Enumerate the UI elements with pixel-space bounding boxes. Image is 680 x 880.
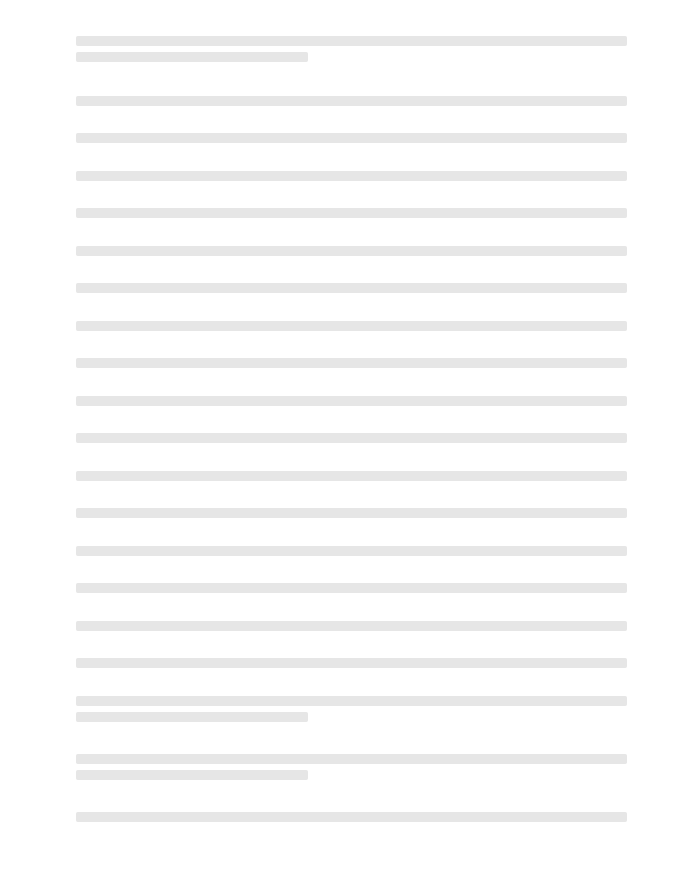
- withheld-text-line: [76, 321, 627, 331]
- withheld-text-line: [76, 621, 627, 631]
- withheld-text-line: [76, 36, 627, 46]
- paragraph-15: [76, 615, 656, 631]
- withheld-text-line: [76, 358, 627, 368]
- withheld-text-line: [76, 754, 627, 764]
- paragraph-10: [76, 427, 656, 443]
- withheld-text-line: [76, 658, 627, 668]
- withheld-text-line: [76, 52, 308, 62]
- paragraph-13: [76, 540, 656, 556]
- withheld-text-line: [76, 583, 627, 593]
- paragraph-0: [76, 30, 656, 62]
- paragraph-6: [76, 277, 656, 293]
- paragraph-8: [76, 352, 656, 368]
- withheld-text-line: [76, 96, 627, 106]
- withheld-text-line: [76, 396, 627, 406]
- paragraph-5: [76, 240, 656, 256]
- withheld-text-line: [76, 508, 627, 518]
- withheld-text-line: [76, 770, 308, 780]
- withheld-text-line: [76, 696, 627, 706]
- paragraph-18: [76, 748, 656, 780]
- paragraph-7: [76, 315, 656, 331]
- withheld-text-line: [76, 283, 627, 293]
- withheld-text-line: [76, 471, 627, 481]
- paragraph-1: [76, 90, 656, 106]
- paragraph-19: [76, 806, 656, 822]
- paragraph-16: [76, 652, 656, 668]
- withheld-text-line: [76, 812, 627, 822]
- withheld-text-line: [76, 246, 627, 256]
- withheld-text-line: [76, 546, 627, 556]
- paragraph-2: [76, 127, 656, 143]
- document-page: [0, 0, 680, 880]
- paragraph-17: [76, 690, 656, 722]
- paragraph-3: [76, 165, 656, 181]
- paragraph-14: [76, 577, 656, 593]
- paragraph-4: [76, 202, 656, 218]
- paragraph-11: [76, 465, 656, 481]
- paragraph-12: [76, 502, 656, 518]
- withheld-text-line: [76, 712, 308, 722]
- withheld-text-line: [76, 171, 627, 181]
- paragraph-9: [76, 390, 656, 406]
- withheld-text-line: [76, 133, 627, 143]
- withheld-text-line: [76, 433, 627, 443]
- withheld-text-line: [76, 208, 627, 218]
